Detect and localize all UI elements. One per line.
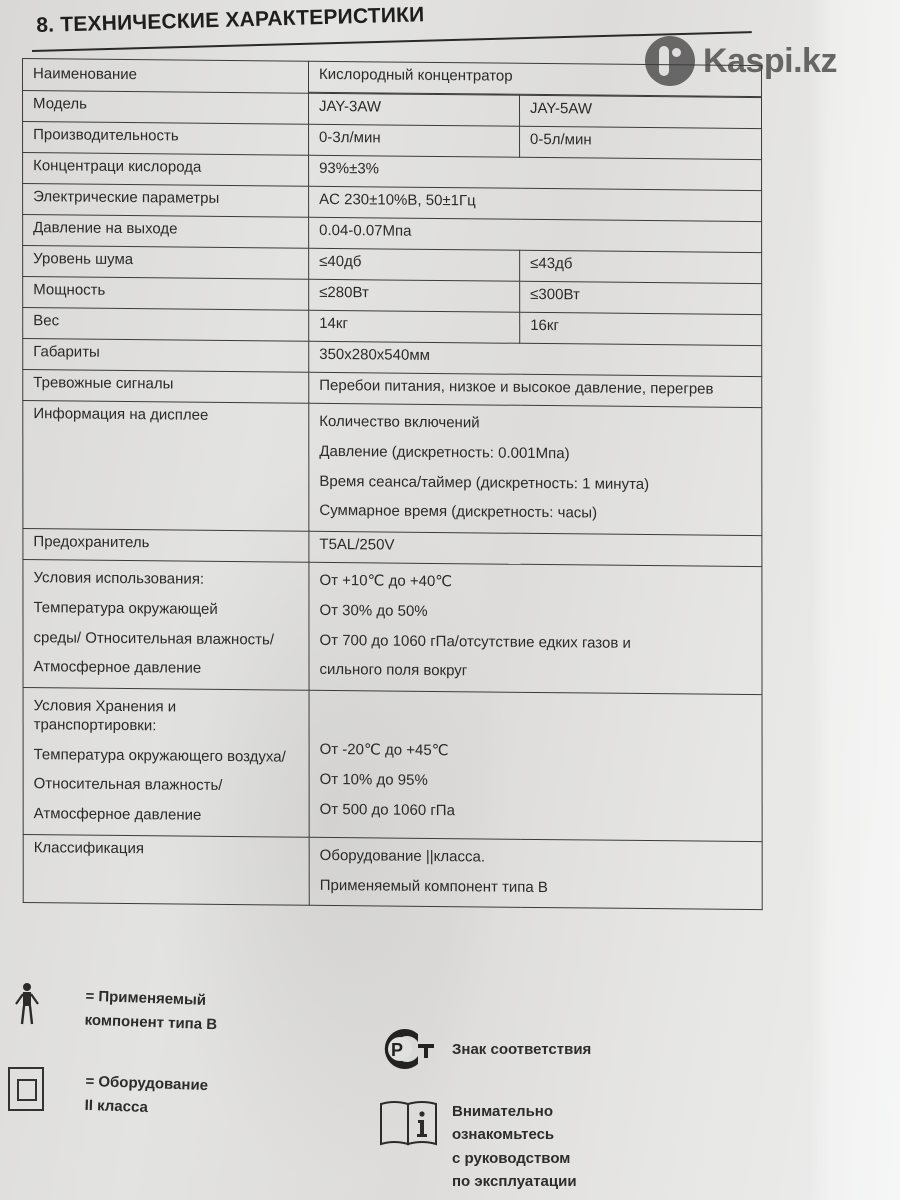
row-label: Давление на выходе bbox=[23, 215, 309, 249]
legend-text-line: с руководством bbox=[452, 1147, 577, 1170]
display-info-label: Информация на дисплее bbox=[23, 401, 309, 532]
classification-values: Оборудование ||класса.Применяемый компон… bbox=[309, 837, 762, 910]
row-label: Уровень шума bbox=[23, 246, 309, 280]
row-value-jay-3aw: ≤40дб bbox=[309, 248, 520, 281]
row-value: 0.04-0.07Мпа bbox=[309, 217, 762, 252]
legend-text-line: Внимательно bbox=[452, 1100, 577, 1123]
condition-label-line: Температура окружающей bbox=[33, 594, 298, 626]
legend-text-line: ознакомьтесь bbox=[452, 1123, 577, 1146]
row-label: Габариты bbox=[23, 339, 309, 373]
row-label: Концентраци кислорода bbox=[23, 153, 309, 187]
spec-table: Наименование Кислородный концентратор Мо… bbox=[22, 58, 763, 910]
row-label: Электрические параметры bbox=[23, 184, 309, 218]
row-value-jay-5aw: 0-5л/мин bbox=[520, 126, 762, 159]
legend-text-line: компонент типа В bbox=[84, 1009, 217, 1038]
display-info-values: Количество включенийДавление (дискретнос… bbox=[309, 403, 762, 535]
condition-value-line: сильного поля вокруг bbox=[320, 656, 752, 690]
row-value-jay-3aw: ≤280Вт bbox=[309, 279, 520, 312]
condition-value-line: От +10℃ до +40℃ bbox=[319, 567, 751, 601]
row-label: Вес bbox=[23, 308, 309, 342]
row-value-jay-5aw: ≤43дб bbox=[520, 250, 762, 283]
read-manual-icon bbox=[378, 1098, 440, 1148]
row-value: 93%±3% bbox=[309, 155, 762, 190]
row-value: AC 230±10%В, 50±1Гц bbox=[309, 186, 762, 221]
classification-line: Применяемый компонент типа В bbox=[320, 871, 752, 905]
table-row-display-info: Информация на дисплее Количество включен… bbox=[23, 401, 762, 536]
svg-text:P: P bbox=[391, 1040, 403, 1060]
row-value: Перебои питания, низкое и высокое давлен… bbox=[309, 372, 762, 407]
class-ii-equipment-icon bbox=[8, 1067, 44, 1111]
condition-label-line: Атмосферное давление bbox=[34, 653, 299, 685]
row-value-jay-3aw: 0-3л/мин bbox=[309, 124, 520, 157]
display-info-line: Количество включений bbox=[319, 408, 751, 442]
legend-text-line: Знак соответствия bbox=[452, 1038, 591, 1062]
row-label: Мощность bbox=[23, 277, 309, 311]
row-label: Производительность bbox=[23, 122, 309, 156]
storage-value-line: От 500 до 1060 гПа bbox=[320, 795, 752, 829]
pct-conformity-mark-icon: P bbox=[378, 1026, 440, 1072]
spacer bbox=[320, 695, 752, 740]
storage-value-line: От 10% до 95% bbox=[320, 766, 752, 800]
legend-text-line: по эксплуатации bbox=[452, 1170, 577, 1193]
display-info-line: Суммарное время (дискретность: часы) bbox=[319, 497, 751, 531]
display-info-line: Давление (дискретность: 0.001Мпа) bbox=[319, 438, 751, 472]
applied-part-type-b-icon bbox=[14, 982, 40, 1026]
row-value-jay-3aw: 14кг bbox=[309, 310, 520, 343]
storage-label-line: Атмосферное давление bbox=[34, 800, 299, 832]
header-label: Наименование bbox=[23, 59, 309, 94]
legend-conformity-mark: Знак соответствия bbox=[452, 1038, 591, 1062]
row-label: Модель bbox=[23, 91, 309, 125]
table-row-operating-conditions: Условия использования:Температура окружа… bbox=[23, 560, 762, 695]
condition-value-line: От 30% до 50% bbox=[319, 597, 751, 631]
classification-label: Классификация bbox=[23, 834, 309, 905]
header-value: Кислородный концентратор bbox=[308, 61, 761, 96]
row-value-jay-3aw: JAY-3AW bbox=[309, 93, 520, 126]
legend-read-manual: Внимательноознакомьтесьс руководствомпо … bbox=[452, 1100, 577, 1193]
classification-line: Оборудование ||класса. bbox=[320, 842, 752, 876]
section-title: 8. ТЕХНИЧЕСКИЕ ХАРАКТЕРИСТИКИ bbox=[36, 3, 425, 38]
table-row-storage-conditions: Условия Хранения и транспортировки:Темпе… bbox=[23, 688, 762, 842]
row-value-jay-5aw: ≤300Вт bbox=[520, 281, 762, 314]
table-row-classification: Классификация Оборудование ||класса.Прим… bbox=[23, 834, 762, 910]
operating-conditions-labels: Условия использования:Температура окружа… bbox=[23, 560, 309, 691]
storage-label-line: Относительная влажность/ bbox=[34, 770, 299, 802]
fuse-label: Предохранитель bbox=[23, 529, 309, 563]
storage-label-line: Условия Хранения и транспортировки: bbox=[34, 692, 299, 743]
spec-rows: МодельJAY-3AWJAY-5AWПроизводительность0-… bbox=[23, 91, 762, 408]
operating-conditions-values: От +10℃ до +40℃От 30% до 50%От 700 до 10… bbox=[309, 562, 762, 694]
row-value-jay-5aw: 16кг bbox=[520, 312, 762, 345]
legend-text-line: II класса bbox=[84, 1094, 207, 1122]
storage-conditions-labels: Условия Хранения и транспортировки:Темпе… bbox=[23, 688, 309, 838]
condition-label-line: среды/ Относительная влажность/ bbox=[33, 624, 298, 656]
row-label: Тревожные сигналы bbox=[23, 370, 309, 404]
legend-applied-part: = Применяемыйкомпонент типа В bbox=[84, 985, 218, 1038]
storage-conditions-values: От -20℃ до +45℃От 10% до 95%От 500 до 10… bbox=[309, 690, 762, 841]
row-value-jay-5aw: JAY-5AW bbox=[520, 95, 762, 128]
condition-label-line: Условия использования: bbox=[33, 564, 298, 596]
row-value: 350x280x540мм bbox=[309, 341, 762, 376]
fuse-value: T5AL/250V bbox=[309, 531, 762, 566]
storage-value-line: От -20℃ до +45℃ bbox=[320, 736, 752, 770]
legend-class-ii: = ОборудованиеII класса bbox=[84, 1070, 208, 1122]
condition-value-line: От 700 до 1060 гПа/отсутствие едких газо… bbox=[319, 626, 751, 660]
display-info-line: Время сеанса/таймер (дискретность: 1 мин… bbox=[319, 467, 751, 501]
storage-label-line: Температура окружающего воздуха/ bbox=[34, 741, 299, 773]
